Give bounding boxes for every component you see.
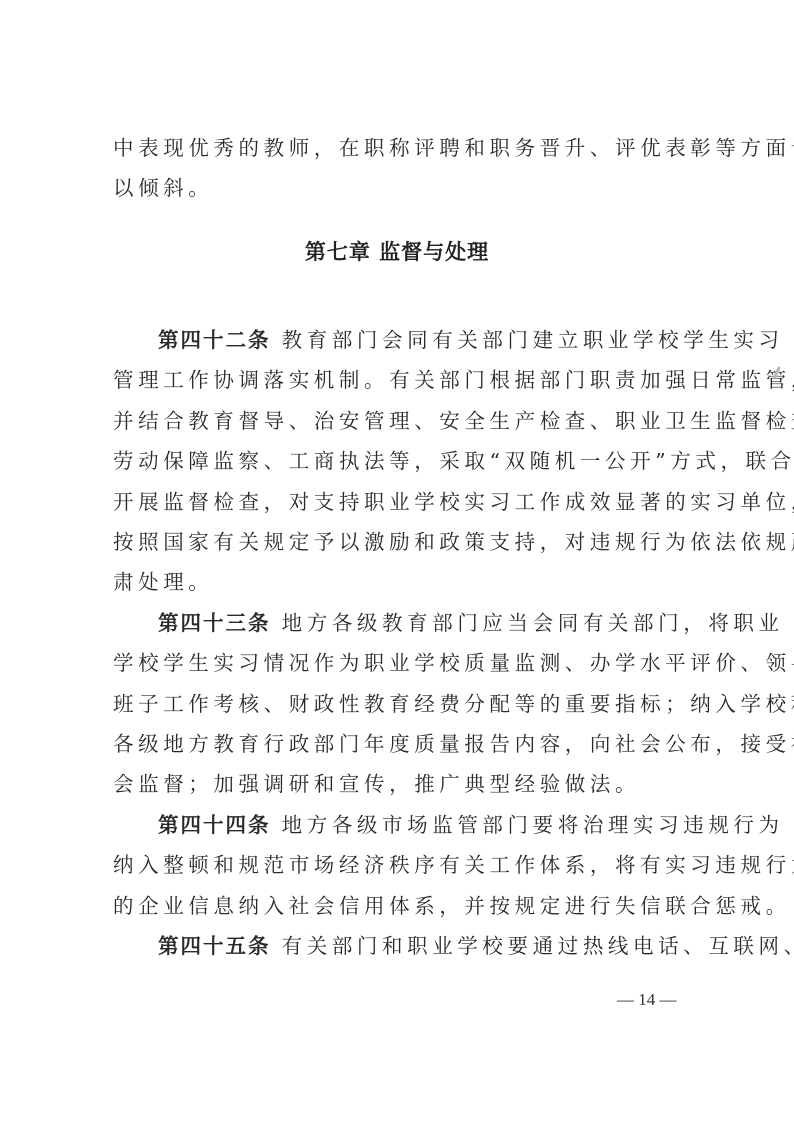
article-text: 有关部门和职业学校要通过热线电话、互联网、: [282, 934, 794, 958]
chapter-title: 第七章 监督与处理: [0, 236, 794, 266]
article-number: 第四十三条: [158, 611, 271, 635]
page-number: — 14 —: [617, 990, 677, 1010]
article-43-first-line: 第四十三条 地方各级教育部门应当会同有关部门，将职业: [158, 603, 693, 643]
article-45-first-line: 第四十五条 有关部门和职业学校要通过热线电话、互联网、: [158, 926, 693, 966]
body-line: 以倾斜。: [113, 168, 693, 208]
body-line: 各级地方教育行政部门年度质量报告内容，向社会公布，接受社: [113, 724, 693, 764]
body-line: 纳入整顿和规范市场经济秩序有关工作体系，将有实习违规行为: [113, 845, 693, 885]
article-42-first-line: 第四十二条 教育部门会同有关部门建立职业学校学生实习: [158, 320, 693, 360]
body-line: 开展监督检查，对支持职业学校实习工作成效显著的实习单位，: [113, 482, 693, 522]
body-line: 学校学生实习情况作为职业学校质量监测、办学水平评价、领导: [113, 643, 693, 683]
article-number: 第四十二条: [158, 328, 271, 352]
article-text: 地方各级教育部门应当会同有关部门，将职业: [282, 611, 784, 635]
body-line: 肃处理。: [113, 562, 693, 602]
body-line: 按照国家有关规定予以激励和政策支持，对违规行为依法依规严: [113, 522, 693, 562]
article-44-first-line: 第四十四条 地方各级市场监管部门要将治理实习违规行为: [158, 805, 693, 845]
body-line: 中表现优秀的教师，在职称评聘和职务晋升、评优表彰等方面予: [113, 128, 693, 168]
body-line: 会监督；加强调研和宣传，推广典型经验做法。: [113, 764, 693, 804]
body-line: 班子工作考核、财政性教育经费分配等的重要指标；纳入学校和: [113, 684, 693, 724]
article-text: 教育部门会同有关部门建立职业学校学生实习: [282, 328, 784, 352]
article-text: 地方各级市场监管部门要将治理实习违规行为: [282, 813, 784, 837]
body-line: 并结合教育督导、治安管理、安全生产检查、职业卫生监督检查、: [113, 401, 693, 441]
body-line: 的企业信息纳入社会信用体系，并按规定进行失信联合惩戒。: [113, 886, 693, 926]
body-line: 劳动保障监察、工商执法等，采取“双随机一公开”方式，联合: [113, 441, 693, 481]
body-line: 管理工作协调落实机制。有关部门根据部门职责加强日常监管，: [113, 360, 693, 400]
article-number: 第四十五条: [158, 934, 271, 958]
article-number: 第四十四条: [158, 813, 271, 837]
